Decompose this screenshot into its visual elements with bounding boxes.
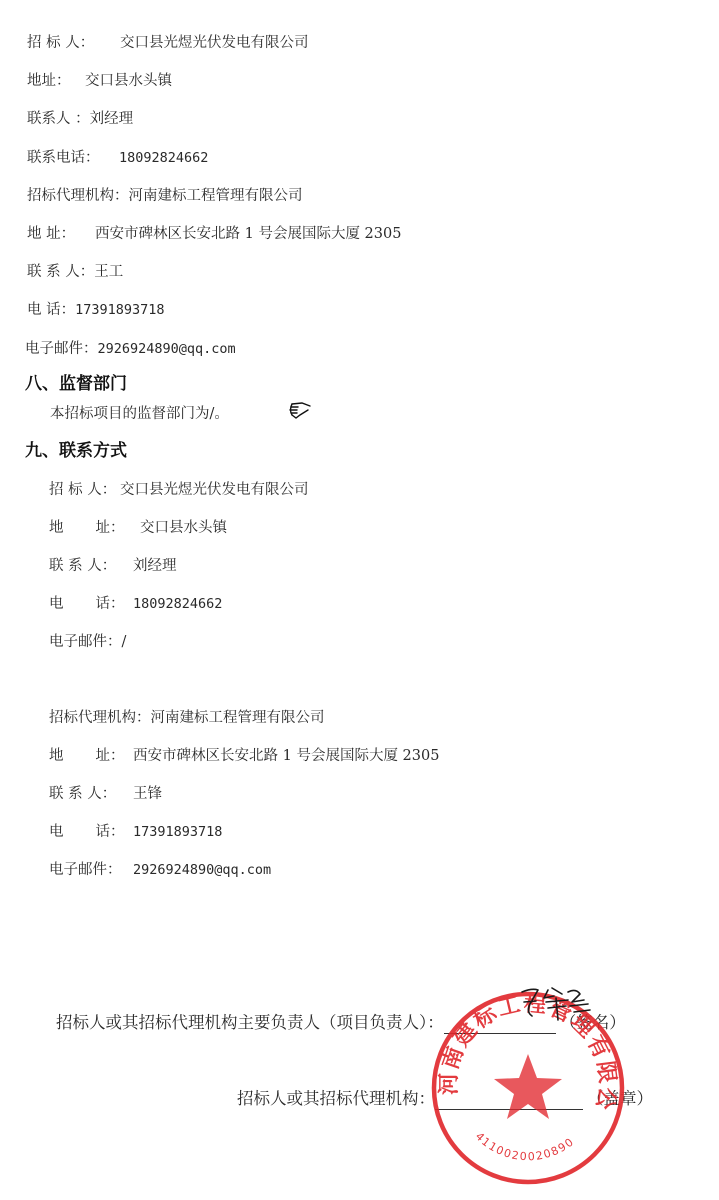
star-icon [494, 1054, 562, 1119]
s9-agency-address-value: 西安市碑林区长安北路 1 号会展国际大厦 2305 [133, 748, 439, 764]
s9-address-label-a: 地 [49, 520, 64, 536]
s9-contact-row: 联 系 人：刘经理 [49, 557, 177, 575]
s9-agency-phone-label-b: 话： [96, 824, 125, 840]
agency-email-label: 电子邮件： [25, 341, 98, 357]
section-8-heading: 八、监督部门 [25, 374, 127, 394]
s9-agency-email-label: 电子邮件： [49, 861, 133, 879]
s9-phone-row: 电话：18092824662 [49, 595, 222, 613]
agency-address-label: 地 址： [27, 225, 95, 243]
agency-contact-label: 联 系 人： [27, 264, 94, 280]
hand-pointer-icon [288, 398, 314, 420]
seal-label: 招标人或其招标代理机构： [237, 1089, 435, 1108]
s9-agency-value: 河南建标工程管理有限公司 [151, 710, 325, 726]
s9-phone-value: 18092824662 [133, 596, 222, 612]
signature-label: 招标人或其招标代理机构主要负责人（项目负责人）： [56, 1013, 444, 1032]
phone-label: 联系电话： [27, 149, 119, 167]
s9-agency-label: 招标代理机构： [49, 710, 151, 726]
s9-agency-phone-label-a: 电 [49, 824, 64, 840]
s9-tenderer-row: 招 标 人：交口县光煜光伏发电有限公司 [49, 481, 309, 499]
agency-email-row: 电子邮件：2926924890@qq.com [25, 340, 236, 358]
section-8-body: 本招标项目的监督部门为/。 [50, 405, 229, 423]
agency-address-row: 地 址：西安市碑林区长安北路 1 号会展国际大厦 2305 [27, 225, 401, 243]
s9-agency-address-label-wrap: 地址： [49, 747, 133, 765]
s9-agency-phone-row: 电话：17391893718 [49, 823, 222, 841]
tenderer-value: 交口县光煜光伏发电有限公司 [120, 35, 309, 51]
s9-agency-email-value: 2926924890@qq.com [133, 862, 271, 878]
s9-contact-label: 联 系 人： [49, 557, 133, 575]
agency-row: 招标代理机构：河南建标工程管理有限公司 [27, 187, 303, 205]
agency-phone-value: 17391893718 [75, 302, 164, 318]
s9-phone-label-wrap: 电话： [49, 595, 133, 613]
phone-value: 18092824662 [119, 150, 208, 166]
s9-email-row: 电子邮件：/ [49, 633, 126, 651]
agency-email-value: 2926924890@qq.com [98, 341, 236, 357]
tenderer-row: 招 标 人：交口县光煜光伏发电有限公司 [27, 34, 309, 52]
contact-label: 联系人 ： [27, 111, 90, 127]
address-row: 地址：交口县水头镇 [27, 72, 172, 90]
agency-label: 招标代理机构： [27, 188, 129, 204]
s9-agency-contact-label: 联 系 人： [49, 785, 133, 803]
s9-address-label-b: 址： [96, 520, 125, 536]
contact-value: 刘经理 [90, 111, 134, 127]
s9-phone-label-a: 电 [49, 596, 64, 612]
agency-address-value: 西安市碑林区长安北路 1 号会展国际大厦 2305 [95, 226, 401, 242]
s9-tenderer-value: 交口县光煜光伏发电有限公司 [120, 482, 309, 498]
phone-row: 联系电话：18092824662 [27, 149, 208, 167]
agency-value: 河南建标工程管理有限公司 [129, 188, 303, 204]
s9-address-row: 地址：交口县水头镇 [49, 519, 227, 537]
s9-agency-contact-value: 王锋 [133, 786, 162, 802]
s9-agency-phone-label-wrap: 电话： [49, 823, 133, 841]
handwritten-signature [518, 984, 608, 1024]
s9-agency-address-label-a: 地 [49, 748, 64, 764]
s9-email-label: 电子邮件： [49, 634, 122, 650]
stamp-code-text: 4110020020890 [473, 1130, 577, 1163]
address-value: 交口县水头镇 [85, 73, 172, 89]
s9-agency-address-row: 地址：西安市碑林区长安北路 1 号会展国际大厦 2305 [49, 747, 439, 765]
agency-contact-value: 王工 [94, 264, 123, 280]
s9-tenderer-label: 招 标 人： [49, 481, 120, 499]
s9-email-value: / [122, 634, 127, 650]
s9-agency-phone-value: 17391893718 [133, 824, 222, 840]
section-9-heading: 九、联系方式 [25, 441, 127, 461]
agency-phone-label: 电 话： [27, 302, 75, 318]
s9-contact-value: 刘经理 [133, 558, 177, 574]
address-label: 地址： [27, 72, 85, 90]
s9-address-label-wrap: 地址： [49, 519, 140, 537]
s9-phone-label-b: 话： [96, 596, 125, 612]
s9-agency-contact-row: 联 系 人：王锋 [49, 785, 162, 803]
s9-agency-row: 招标代理机构：河南建标工程管理有限公司 [49, 709, 325, 727]
s9-agency-email-row: 电子邮件：2926924890@qq.com [49, 861, 271, 879]
contact-row: 联系人 ：刘经理 [27, 110, 133, 128]
s9-agency-address-label-b: 址： [96, 748, 125, 764]
s9-address-value: 交口县水头镇 [140, 520, 227, 536]
tenderer-label: 招 标 人： [27, 34, 120, 52]
agency-contact-row: 联 系 人：王工 [27, 263, 123, 281]
agency-phone-row: 电 话：17391893718 [27, 301, 165, 319]
